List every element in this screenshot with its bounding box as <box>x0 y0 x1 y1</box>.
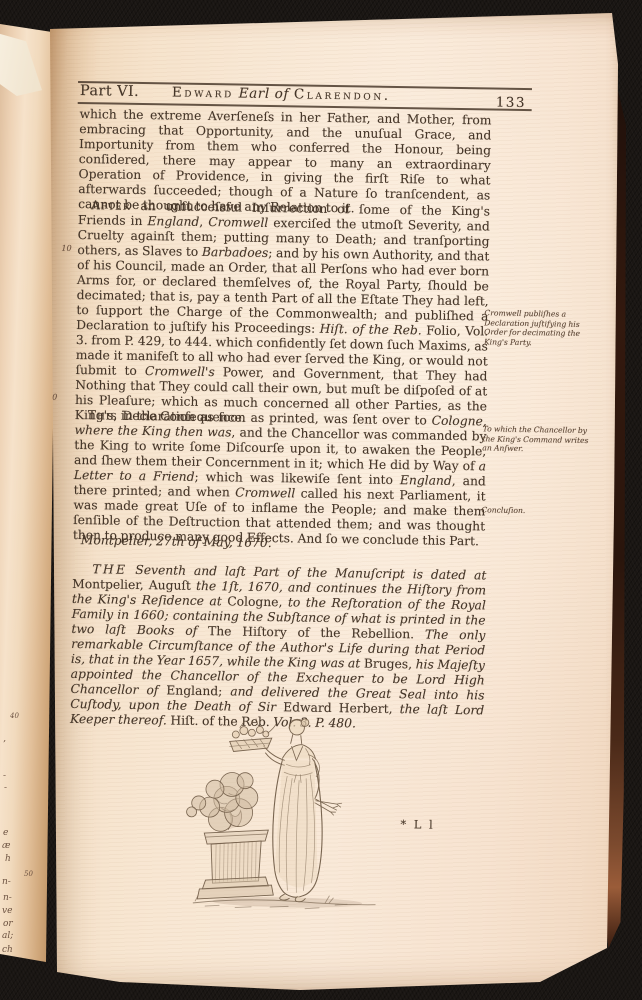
text-segment: England <box>147 214 199 229</box>
marginal-note: To which the Chancellor by the King's Co… <box>482 424 592 455</box>
margin-line-number: 10 <box>61 244 71 253</box>
side-notes-layer: Cromwell publiſhes a Declaration juſtify… <box>45 11 623 20</box>
colophon-paragraph: THE Seventh and laſt Part of the Manuſcr… <box>70 562 487 733</box>
text-segment: Cromwell <box>208 215 268 230</box>
edge-text-fragment: n- <box>3 893 12 903</box>
text-segment: England; <box>166 683 222 698</box>
running-title-name: Edward <box>172 84 234 101</box>
marginal-note: Cromwell publiſhes a Declaration juſtify… <box>484 308 595 348</box>
edge-text-fragment: æ <box>2 841 10 851</box>
paragraph-cromwell-declaration: After an unſucceſsful Inſurrection of ſo… <box>75 198 490 429</box>
edge-text-fragment: e <box>3 828 8 838</box>
edge-text-fragment: or <box>3 919 13 929</box>
text-segment: Cologne, <box>227 594 282 609</box>
book-page: Part VI. Edward Earl of Clarendon. 133 w… <box>44 12 622 994</box>
text-segment: England <box>400 473 452 488</box>
text-segment: Cromwell <box>235 485 295 500</box>
text-segment: Barbadoes <box>202 245 269 260</box>
text-segment: Hiſt. of the Reb. <box>320 322 422 338</box>
paragraph-letter-to-friend: This Declaration as ſoon as printed, was… <box>73 408 487 549</box>
edge-text-fragment: - <box>4 783 7 793</box>
edge-text-fragment: ve <box>2 906 12 916</box>
edge-text-fragment: 50 <box>24 870 33 878</box>
part-label: Part VI. <box>80 83 139 100</box>
allegorical-figure-engraving <box>175 713 428 917</box>
text-segment: Cromwell's <box>145 364 215 379</box>
edge-text-fragment: n- <box>2 877 11 887</box>
text-segment: Montpelier, 27th of May, 1670. <box>81 533 272 550</box>
edge-text-fragment: - <box>3 771 6 781</box>
previous-page-edge <box>0 16 58 978</box>
running-title: Edward Earl of Clarendon. <box>172 84 391 103</box>
edge-text-fragment: h <box>5 854 11 864</box>
printed-content: Part VI. Edward Earl of Clarendon. 133 w… <box>30 11 623 1000</box>
line-numbers-layer: 1020 <box>45 11 623 20</box>
edge-text-fragment: ch <box>2 945 13 955</box>
text-segment: After <box>91 198 131 213</box>
text-segment: Bruges, <box>364 657 412 672</box>
text-segment: ; and by his own Authority, and that of … <box>76 246 489 336</box>
edge-text-fragment: 40 <box>10 712 19 720</box>
running-title-middle: Earl of <box>234 85 294 102</box>
running-title-surname: Clarendon. <box>294 86 391 104</box>
edge-text-fragment: al; <box>2 931 13 941</box>
book-photo: 4050’--eæhn-n-veoral;ch Part VI. Edward … <box>0 0 642 1000</box>
marginal-note: Concluſion. <box>481 505 591 516</box>
edge-text-fragment: ’ <box>3 740 6 750</box>
text-segment: Montpelier, Auguſt <box>72 577 191 593</box>
text-segment: THE <box>92 562 127 577</box>
text-segment: This <box>88 408 118 422</box>
